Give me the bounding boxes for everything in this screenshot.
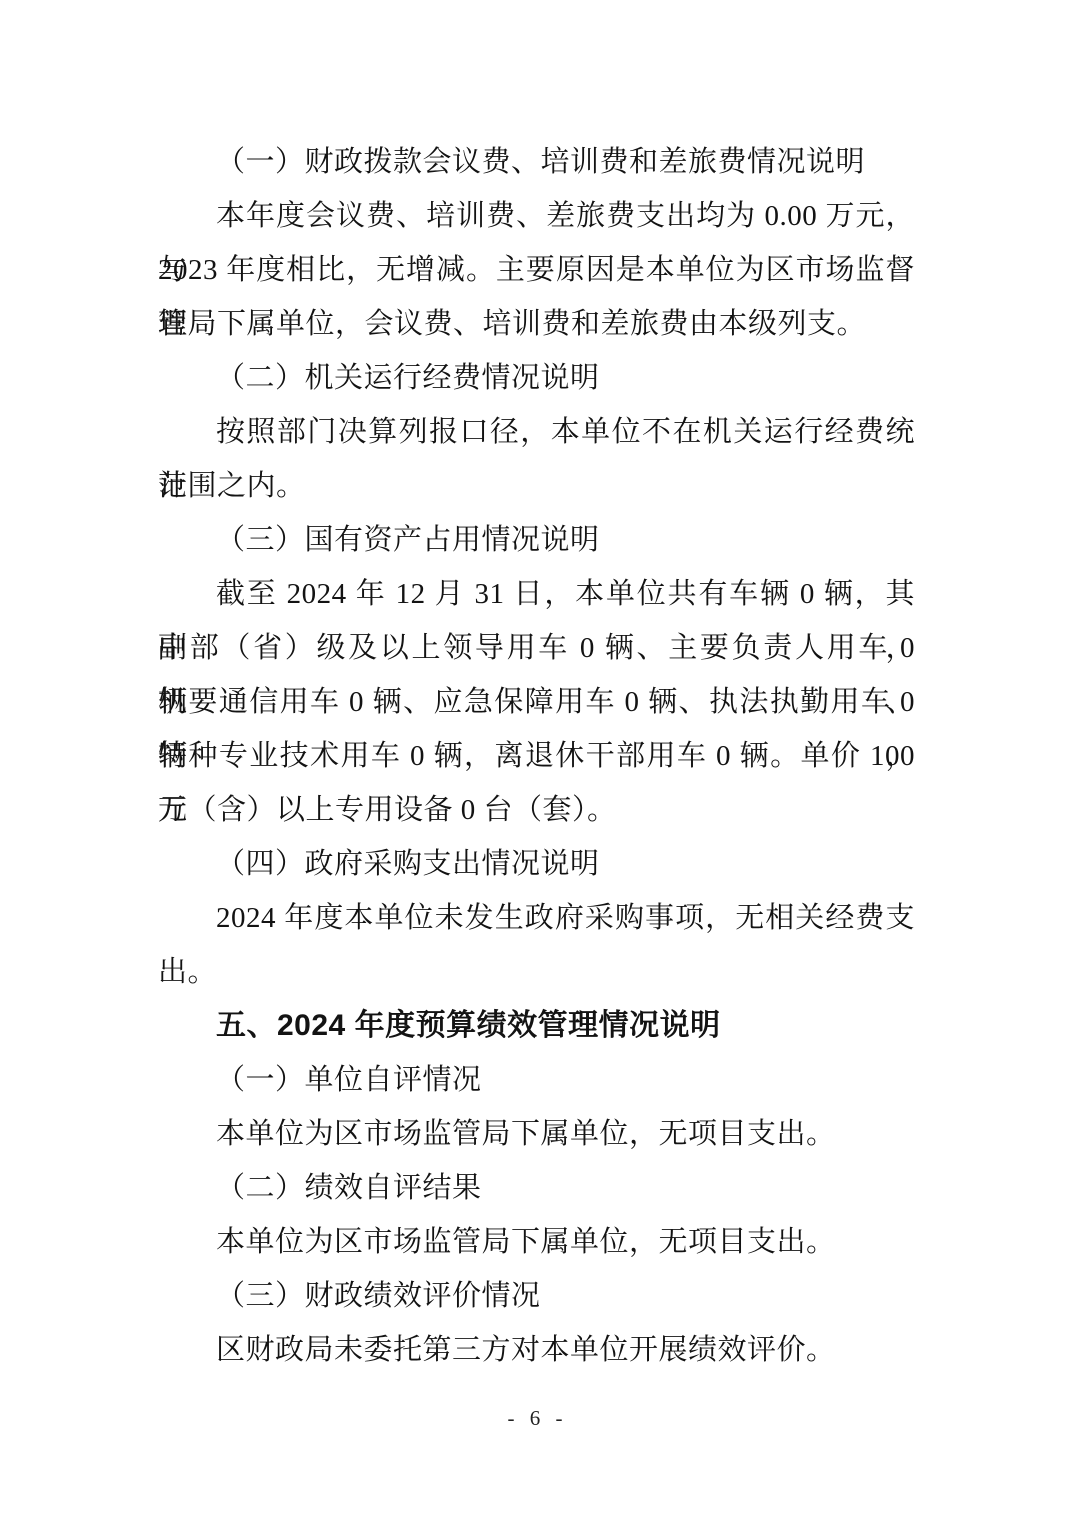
line-paragraph-line: 理局下属单位，会议费、培训费和差旅费由本级列支。 [158, 297, 915, 351]
line-paragraph-line: 副部（省）级及以上领导用车 0 辆、主要负责人用车 0 辆、 [158, 621, 915, 675]
line-paragraph-line: 按照部门决算列报口径，本单位不在机关运行经费统计 [158, 405, 915, 459]
line-subsection-heading: （一）单位自评情况 [158, 1053, 915, 1107]
line-paragraph-line: 2023 年度相比，无增减。主要原因是本单位为区市场监督管 [158, 243, 915, 297]
line-paragraph-line: 出。 [158, 945, 915, 999]
page-number: - 6 - [0, 1396, 1075, 1440]
line-subsection-heading: （二）绩效自评结果 [158, 1161, 915, 1215]
line-paragraph-line: 元（含）以上专用设备 0 台（套）。 [158, 783, 915, 837]
line-paragraph-line: 本年度会议费、培训费、差旅费支出均为 0.00 万元，与 [158, 189, 915, 243]
line-subsection-heading: （三）财政绩效评价情况 [158, 1269, 915, 1323]
line-subsection-heading: （四）政府采购支出情况说明 [158, 837, 915, 891]
document-body: （一）财政拨款会议费、培训费和差旅费情况说明本年度会议费、培训费、差旅费支出均为… [158, 135, 915, 1377]
line-paragraph-line: 范围之内。 [158, 459, 915, 513]
line-paragraph-line: 本单位为区市场监管局下属单位，无项目支出。 [158, 1107, 915, 1161]
line-subsection-heading: （二）机关运行经费情况说明 [158, 351, 915, 405]
line-paragraph-line: 2024 年度本单位未发生政府采购事项，无相关经费支 [158, 891, 915, 945]
line-section-heading: 五、2024 年度预算绩效管理情况说明 [158, 999, 915, 1053]
line-subsection-heading: （一）财政拨款会议费、培训费和差旅费情况说明 [158, 135, 915, 189]
line-paragraph-line: 特种专业技术用车 0 辆，离退休干部用车 0 辆。单价 100 万 [158, 729, 915, 783]
line-paragraph-line: 本单位为区市场监管局下属单位，无项目支出。 [158, 1215, 915, 1269]
line-paragraph-line: 截至 2024 年 12 月 31 日，本单位共有车辆 0 辆，其中， [158, 567, 915, 621]
document-page: （一）财政拨款会议费、培训费和差旅费情况说明本年度会议费、培训费、差旅费支出均为… [0, 0, 1075, 1520]
line-paragraph-line: 区财政局未委托第三方对本单位开展绩效评价。 [158, 1323, 915, 1377]
line-paragraph-line: 机要通信用车 0 辆、应急保障用车 0 辆、执法执勤用车 0 辆， [158, 675, 915, 729]
line-subsection-heading: （三）国有资产占用情况说明 [158, 513, 915, 567]
